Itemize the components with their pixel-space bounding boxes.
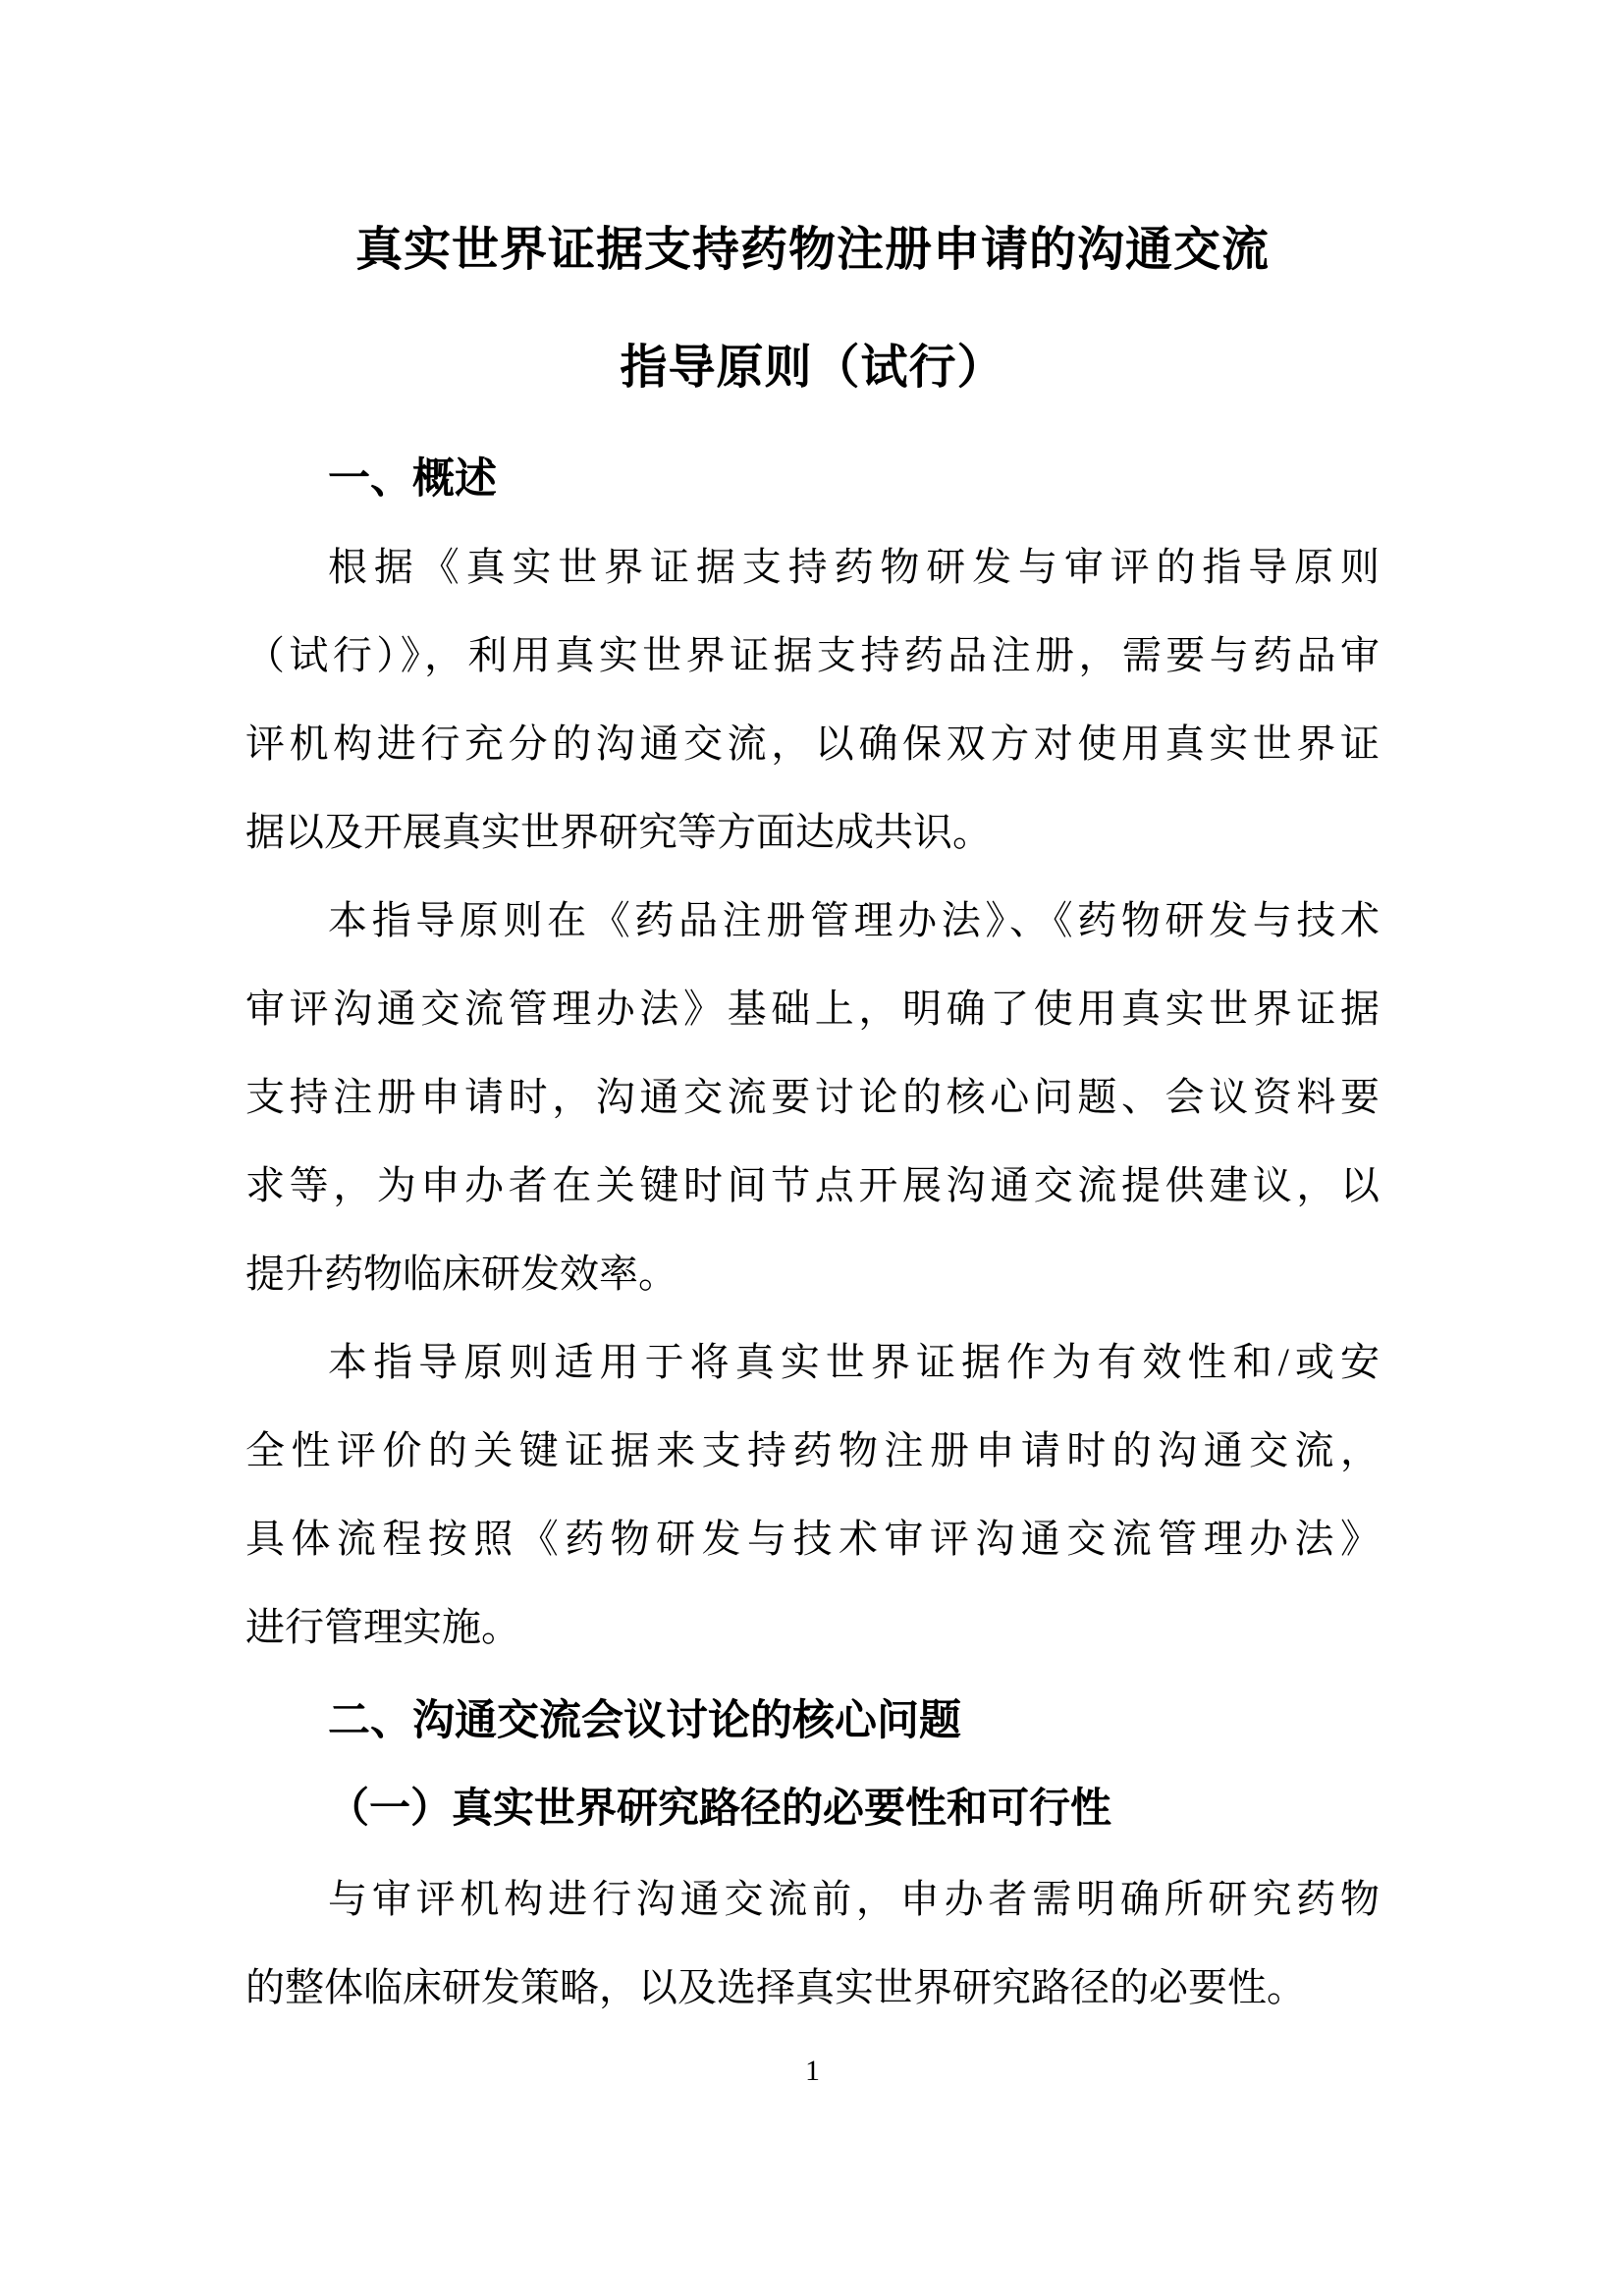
body-line: 的整体临床研发策略，以及选择真实世界研究路径的必要性。	[245, 1944, 1380, 2032]
section-1-heading: 一、概述	[245, 435, 1380, 523]
paragraph-2: 本指导原则在《药品注册管理办法》、《药物研发与技术 审评沟通交流管理办法》基础上…	[245, 877, 1380, 1318]
body-line: 进行管理实施。	[245, 1583, 1380, 1672]
body-line: 本指导原则适用于将真实世界证据作为有效性和/或安	[245, 1318, 1380, 1407]
body-line: 评机构进行充分的沟通交流，以确保双方对使用真实世界证	[245, 700, 1380, 788]
document-title-line-2: 指导原则（试行）	[245, 309, 1380, 427]
document-page: 真实世界证据支持药物注册申请的沟通交流 指导原则（试行） 一、概述 根据《真实世…	[0, 0, 1624, 2296]
paragraph-3: 本指导原则适用于将真实世界证据作为有效性和/或安 全性评价的关键证据来支持药物注…	[245, 1318, 1380, 1672]
body-line: 审评沟通交流管理办法》基础上，明确了使用真实世界证据	[245, 965, 1380, 1053]
body-line: 具体流程按照《药物研发与技术审评沟通交流管理办法》	[245, 1495, 1380, 1583]
body-line: 据以及开展真实世界研究等方面达成共识。	[245, 788, 1380, 877]
body-line: 求等，为申办者在关键时间节点开展沟通交流提供建议，以	[245, 1142, 1380, 1230]
section-2-subheading: （一）真实世界研究路径的必要性和可行性	[245, 1765, 1380, 1853]
page-number: 1	[245, 2052, 1380, 2091]
paragraph-1: 根据《真实世界证据支持药物研发与审评的指导原则 （试行）》，利用真实世界证据支持…	[245, 523, 1380, 877]
body-line: 提升药物临床研发效率。	[245, 1230, 1380, 1318]
body-line: （试行）》，利用真实世界证据支持药品注册，需要与药品审	[245, 612, 1380, 700]
body-line: 全性评价的关键证据来支持药物注册申请时的沟通交流，	[245, 1407, 1380, 1495]
document-title-line-1: 真实世界证据支持药物注册申请的沟通交流	[245, 191, 1380, 309]
body-line: 本指导原则在《药品注册管理办法》、《药物研发与技术	[245, 877, 1380, 965]
section-2-heading: 二、沟通交流会议讨论的核心问题	[245, 1677, 1380, 1765]
body-line: 根据《真实世界证据支持药物研发与审评的指导原则	[245, 523, 1380, 612]
body-line: 与审评机构进行沟通交流前，申办者需明确所研究药物	[245, 1855, 1380, 1944]
body-line: 支持注册申请时，沟通交流要讨论的核心问题、会议资料要	[245, 1053, 1380, 1142]
paragraph-4: 与审评机构进行沟通交流前，申办者需明确所研究药物 的整体临床研发策略，以及选择真…	[245, 1855, 1380, 2032]
document-content: 真实世界证据支持药物注册申请的沟通交流 指导原则（试行） 一、概述 根据《真实世…	[245, 0, 1380, 2091]
